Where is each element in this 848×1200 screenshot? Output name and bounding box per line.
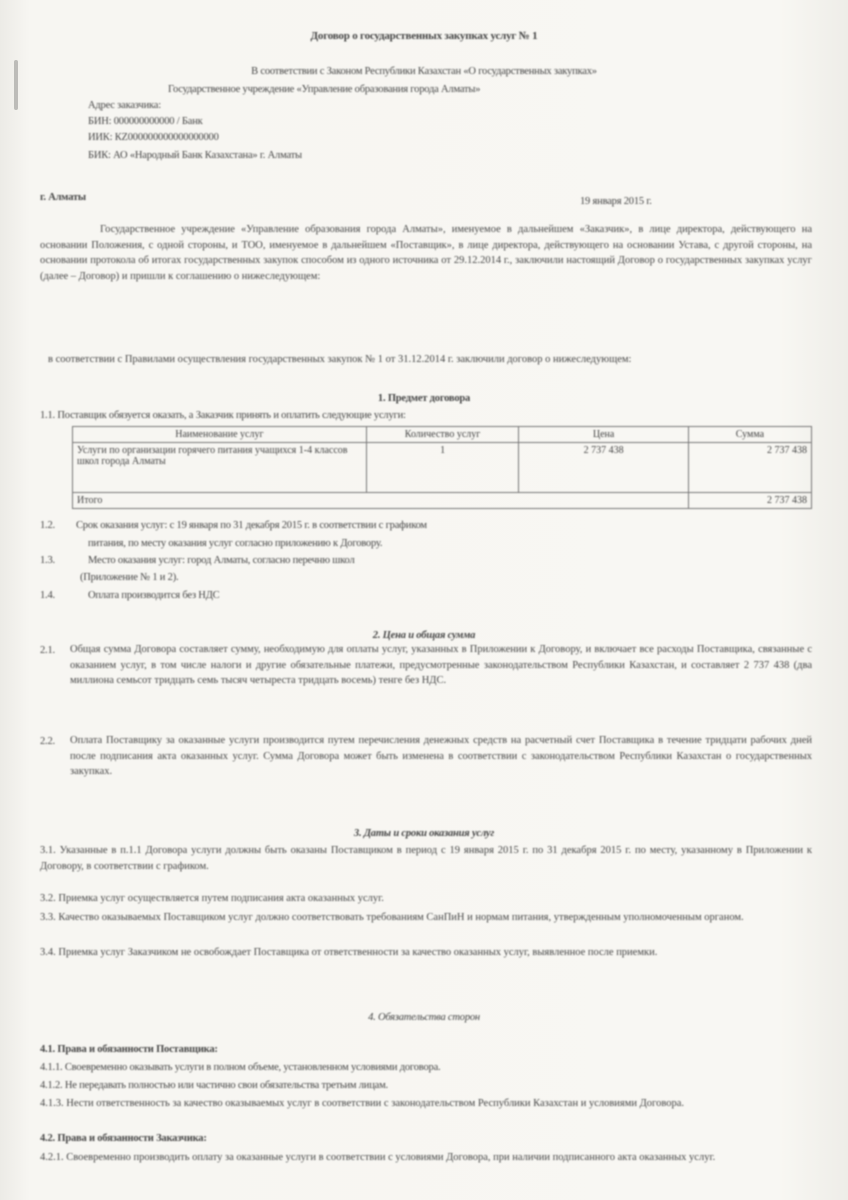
clause-text: Место оказания услуг: город Алматы, согл… [88, 555, 355, 566]
clause-number: 4.1.3. [40, 1098, 64, 1109]
clause-text: Не передавать полностью или частично сво… [65, 1080, 388, 1091]
service-sum: 2 737 438 [688, 443, 811, 493]
services-table: Наименование услуг Количество услуг Цена… [72, 426, 812, 509]
column-header: Количество услуг [366, 427, 519, 443]
clause-text: Своевременно производить оплату за оказа… [66, 1152, 715, 1163]
clause-number: 1.3. [40, 555, 55, 566]
clause-text: Указанные в п.1.1 Договора услуги должны… [40, 845, 812, 872]
clause-text: Оплата Поставщику за оказанные услуги пр… [70, 733, 812, 780]
law-reference: В соответствии с Законом Республики Каза… [0, 66, 848, 77]
clause-number: 3.1. [40, 845, 56, 856]
total-row: Итого 2 737 438 [73, 493, 812, 509]
clause-text: Приемка услуг Заказчиком не освобождает … [58, 947, 657, 958]
column-header: Цена [519, 427, 688, 443]
service-name: Услуги по организации горячего питания у… [73, 443, 367, 493]
clause-text: (Приложение № 1 и 2). [80, 572, 178, 583]
total-label: Итого [73, 493, 689, 509]
scanned-page: Договор о государственных закупках услуг… [0, 0, 848, 1200]
clause-number: 3.2. [40, 893, 56, 904]
clause-number: 2.2. [40, 736, 55, 747]
section-heading: 1. Предмет договора [0, 393, 848, 404]
clause-number: 4.1.1. [40, 1062, 62, 1073]
clause-number: 2.1. [40, 645, 55, 656]
date: 19 января 2015 г. [580, 196, 652, 207]
clause-number: 3.4. [40, 947, 56, 958]
clause-text: Качество оказываемых Поставщиком услуг д… [58, 912, 743, 923]
clause-text: Нести ответственность за качество оказыв… [66, 1098, 684, 1109]
table-row: Услуги по организации горячего питания у… [73, 443, 812, 493]
clause-text: Оплата производится без НДС [88, 590, 219, 601]
address-line: БИН: 000000000000 / Банк [88, 116, 203, 127]
table-header-row: Наименование услуг Количество услуг Цена… [73, 427, 812, 443]
document-title: Договор о государственных закупках услуг… [0, 30, 848, 42]
address-line: Адрес заказчика: [88, 100, 161, 111]
service-qty: 1 [366, 443, 519, 493]
section-heading: 2. Цена и общая сумма [0, 630, 848, 641]
section-heading: 3. Даты и сроки оказания услуг [0, 828, 848, 839]
clause-number: 4.2.1. [40, 1152, 64, 1163]
clause-4-1-2: 4.1.2. Не передавать полностью или части… [40, 1080, 388, 1091]
service-price: 2 737 438 [519, 443, 688, 493]
clause-text: Приемка услуг осуществляется путем подпи… [58, 893, 384, 904]
section-heading: 4. Обязательства сторон [0, 1012, 848, 1023]
clause-number: 3.3. [40, 912, 56, 923]
clause-3-2: 3.2. Приемка услуг осуществляется путем … [40, 891, 812, 907]
clause-number: 4.1.2. [40, 1080, 62, 1091]
subsection-title: 4.1. Права и обязанности Поставщика: [40, 1044, 218, 1055]
subsection-title: 4.2. Права и обязанности Заказчика: [40, 1133, 207, 1144]
clause-text: Общая сумма Договора составляет сумму, н… [70, 642, 812, 689]
clause-number: 1.2. [40, 520, 55, 531]
column-header: Сумма [688, 427, 811, 443]
preamble: Государственное учреждение «Управление о… [40, 222, 812, 284]
clause-text: питания, по месту оказания услуг согласн… [88, 538, 382, 549]
clause-4-1-1: 4.1.1. Своевременно оказывать услуги в п… [40, 1062, 440, 1073]
clause-number: 1.4. [40, 590, 55, 601]
preamble-note: в соответствии с Правилами осуществления… [48, 352, 808, 368]
customer-name: Государственное учреждение «Управление о… [168, 84, 480, 95]
city: г. Алматы [40, 192, 86, 203]
clause-3-3: 3.3. Качество оказываемых Поставщиком ус… [40, 910, 812, 926]
address-line: ИИК: КZ000000000000000000 [88, 132, 219, 143]
clause-4-1-3: 4.1.3. Нести ответственность за качество… [40, 1096, 812, 1112]
total-value: 2 737 438 [688, 493, 811, 509]
clause-text: Срок оказания услуг: с 19 января по 31 д… [76, 520, 427, 531]
clause-text: Своевременно оказывать услуги в полном о… [65, 1062, 441, 1073]
clause-4-2-1: 4.2.1. Своевременно производить оплату з… [40, 1150, 812, 1166]
clause-3-4: 3.4. Приемка услуг Заказчиком не освобож… [40, 945, 812, 961]
column-header: Наименование услуг [73, 427, 367, 443]
clause-3-1: 3.1. Указанные в п.1.1 Договора услуги д… [40, 843, 812, 874]
address-line: БИК: АО «Народный Банк Казахстана» г. Ал… [88, 150, 302, 161]
clause-text: 1.1. Поставщик обязуется оказать, а Зака… [40, 410, 406, 421]
